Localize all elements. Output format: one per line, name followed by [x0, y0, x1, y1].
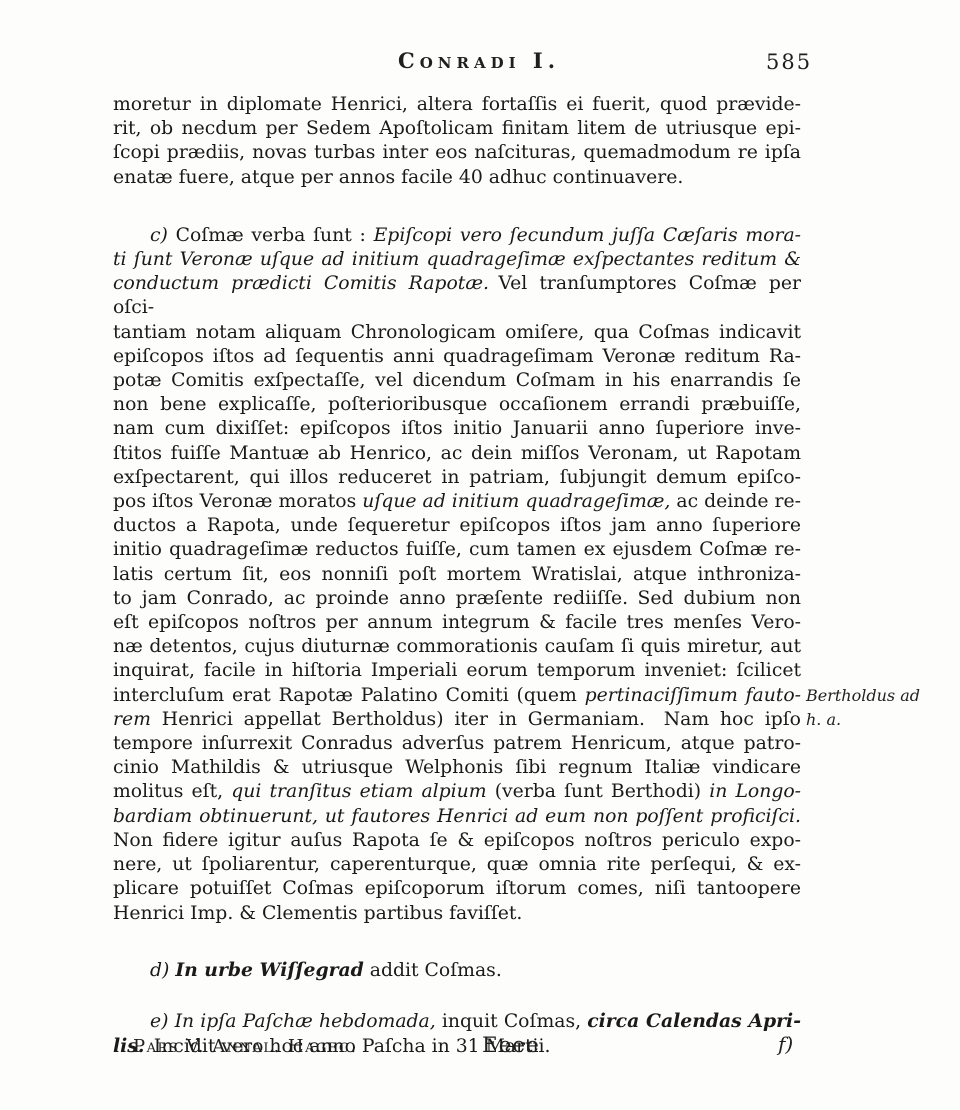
- text-line: e) In ipſa Paſchæ hebdomada, inquit Coſm…: [113, 1009, 801, 1034]
- text-line: plicare potuiſſet Coſmas epiſcoporum iſt…: [113, 877, 801, 901]
- text-line: to jam Conrado, ac proinde anno præſente…: [113, 587, 801, 611]
- text-line: tantiam notam aliquam Chronologicam omiſ…: [113, 321, 801, 345]
- text-line: eſt epiſcopos noſtros per annum integrum…: [113, 611, 801, 635]
- text-segment: exſpectarent, qui illos reduceret in pat…: [113, 467, 801, 488]
- text-segment: to jam Conrado, ac proinde anno præſente…: [113, 588, 801, 609]
- paragraph-footnote-d: d) In urbe Wiſſegrad addit Coſmas.: [113, 958, 801, 983]
- text-segment: pos iſtos Veronæ moratos: [113, 491, 362, 512]
- book-page-scan: Conradi I. 585 moretur in diplomate Henr…: [0, 0, 960, 1110]
- margin-note-line: Bertholdus ad: [806, 684, 956, 708]
- text-segment: ſtitos fuiſſe Mantuæ ab Henrico, ac dein…: [113, 443, 801, 464]
- text-segment: pertinaciſſimum fauto-: [585, 685, 801, 706]
- paragraph-intro: moretur in diplomate Henrici, altera for…: [113, 93, 801, 190]
- text-line: c) Coſmæ verba ſunt : Epiſcopi vero ſecu…: [113, 224, 801, 248]
- text-line: nam cum dixiſſet: epiſcopos iſtos initio…: [113, 417, 801, 441]
- text-segment: ſcopi prædiis, novas turbas inter eos na…: [113, 142, 801, 163]
- text-segment: initio quadrageſimæ reductos fuiſſe, cum…: [113, 539, 801, 560]
- text-segment: næ detentos, cujus diuturnæ commorationi…: [113, 636, 801, 657]
- text-segment: bardiam obtinuerunt, ut fautores Henrici…: [113, 806, 801, 827]
- text-line: non bene explicaſſe, poſterioribusque oc…: [113, 393, 801, 417]
- text-line: d) In urbe Wiſſegrad addit Coſmas.: [113, 958, 801, 983]
- text-segment: qui tranſitus etiam alpium: [231, 781, 486, 802]
- paragraph-footnote-c: c) Coſmæ verba ſunt : Epiſcopi vero ſecu…: [113, 224, 801, 926]
- text-line: exſpectarent, qui illos reduceret in pat…: [113, 466, 801, 490]
- text-segment: (verba ſunt Berthodi): [487, 781, 710, 802]
- text-line: Henrici Imp. & Clementis partibus faviſſ…: [113, 902, 801, 926]
- text-line: Non fidere igitur auſus Rapota ſe & epiſ…: [113, 829, 801, 853]
- footer-catchword: f): [778, 1032, 793, 1056]
- text-segment: intercluſum erat Rapotæ Palatino Comiti …: [113, 685, 585, 706]
- text-segment: d): [150, 960, 175, 981]
- margin-note: Bertholdus ad h. a.: [806, 684, 956, 732]
- text-line: conductum prædicti Comitis Rapotæ. Vel t…: [113, 272, 801, 320]
- text-segment: inquit Coſmas,: [436, 1011, 587, 1032]
- text-line: initio quadrageſimæ reductos fuiſſe, cum…: [113, 538, 801, 562]
- text-line: inquirat, facile in hiſtoria Imperiali e…: [113, 659, 801, 683]
- text-segment: molitus eſt,: [113, 781, 231, 802]
- text-line: intercluſum erat Rapotæ Palatino Comiti …: [113, 684, 801, 708]
- text-segment: in Longo-: [709, 781, 801, 802]
- text-line: rit, ob necdum per Sedem Apoſtolicam fin…: [113, 117, 801, 141]
- text-segment: addit Coſmas.: [364, 960, 502, 981]
- text-segment: ductos a Rapota, unde ſequeretur epiſcop…: [113, 515, 801, 536]
- text-segment: nere, ut ſpoliarentur, caperenturque, qu…: [113, 854, 801, 875]
- text-segment: c): [150, 225, 176, 246]
- text-segment: uſque ad initium quadrageſimæ,: [362, 491, 670, 512]
- text-segment: circa Calendas Apri-: [587, 1010, 801, 1032]
- text-line: ti ſunt Veronæ uſque ad initium quadrage…: [113, 248, 801, 272]
- text-segment: cinio Mathildis & utriusque Welphonis ſi…: [113, 757, 801, 778]
- text-line: nere, ut ſpoliarentur, caperenturque, qu…: [113, 853, 801, 877]
- text-line: bardiam obtinuerunt, ut fautores Henrici…: [113, 805, 801, 829]
- text-line: enatæ fuere, atque per annos facile 40 a…: [113, 166, 801, 190]
- text-line: pos iſtos Veronæ moratos uſque ad initiu…: [113, 490, 801, 514]
- text-segment: e): [150, 1011, 175, 1032]
- text-line: tempore inſurrexit Conradus adverſus pat…: [113, 732, 801, 756]
- page-number: 585: [766, 50, 812, 74]
- text-segment: In urbe Wiſſegrad: [175, 959, 363, 981]
- footer-signature-mark: Eeee: [482, 1033, 540, 1058]
- text-segment: potæ Comitis exſpectaſſe, vel dicendum C…: [113, 370, 801, 391]
- text-segment: tantiam notam aliquam Chronologicam omiſ…: [113, 322, 801, 343]
- text-line: ſtitos fuiſſe Mantuæ ab Henrico, ac dein…: [113, 442, 801, 466]
- text-segment: moretur in diplomate Henrici, altera for…: [113, 94, 801, 115]
- text-segment: In ipſa Paſchæ hebdomada,: [175, 1011, 436, 1032]
- text-line: ſcopi prædiis, novas turbas inter eos na…: [113, 141, 801, 165]
- text-segment: nam cum dixiſſet: epiſcopos iſtos initio…: [113, 418, 801, 439]
- text-line: ductos a Rapota, unde ſequeretur epiſcop…: [113, 514, 801, 538]
- text-line: potæ Comitis exſpectaſſe, vel dicendum C…: [113, 369, 801, 393]
- text-line: næ detentos, cujus diuturnæ commorationi…: [113, 635, 801, 659]
- text-segment: epiſcopos iſtos ad ſequentis anni quadra…: [113, 346, 801, 367]
- text-line: epiſcopos iſtos ad ſequentis anni quadra…: [113, 345, 801, 369]
- text-segment: latis certum ſit, eos nonniſi poſt morte…: [113, 564, 801, 585]
- text-line: moretur in diplomate Henrici, altera for…: [113, 93, 801, 117]
- text-line: rem Henrici appellat Bertholdus) iter in…: [113, 708, 801, 732]
- text-segment: conductum prædicti Comitis Rapotæ.: [113, 273, 489, 294]
- text-line: cinio Mathildis & utriusque Welphonis ſi…: [113, 756, 801, 780]
- text-segment: plicare potuiſſet Coſmas epiſcoporum iſt…: [113, 878, 801, 899]
- running-head-title: Conradi I.: [398, 48, 560, 73]
- text-segment: enatæ fuere, atque per annos facile 40 a…: [113, 167, 683, 188]
- text-segment: rem: [113, 709, 151, 730]
- text-segment: ti ſunt Veronæ uſque ad initium quadrage…: [113, 249, 801, 270]
- text-segment: Non fidere igitur auſus Rapota ſe & epiſ…: [113, 830, 801, 851]
- text-segment: ac deinde re-: [670, 491, 801, 512]
- text-line: latis certum ſit, eos nonniſi poſt morte…: [113, 563, 801, 587]
- text-segment: Henrici appellat Bertholdus) iter in Ger…: [151, 709, 801, 730]
- text-segment: Coſmæ verba ſunt :: [176, 225, 374, 246]
- text-line: molitus eſt, qui tranſitus etiam alpium …: [113, 780, 801, 804]
- text-segment: Henrici Imp. & Clementis partibus faviſſ…: [113, 903, 522, 924]
- text-segment: rit, ob necdum per Sedem Apoſtolicam fin…: [113, 118, 801, 139]
- text-block: moretur in diplomate Henrici, altera for…: [113, 93, 801, 1059]
- margin-note-line: h. a.: [806, 708, 956, 732]
- footer-series-title: Pars V. Annal. Hagec.: [133, 1036, 358, 1057]
- text-segment: inquirat, facile in hiſtoria Imperiali e…: [113, 660, 801, 681]
- text-segment: non bene explicaſſe, poſterioribusque oc…: [113, 394, 801, 415]
- text-segment: Epiſcopi vero ſecundum juſſa Cæſaris mor…: [374, 225, 801, 246]
- text-segment: eſt epiſcopos noſtros per annum integrum…: [113, 612, 801, 633]
- text-segment: tempore inſurrexit Conradus adverſus pat…: [113, 733, 801, 754]
